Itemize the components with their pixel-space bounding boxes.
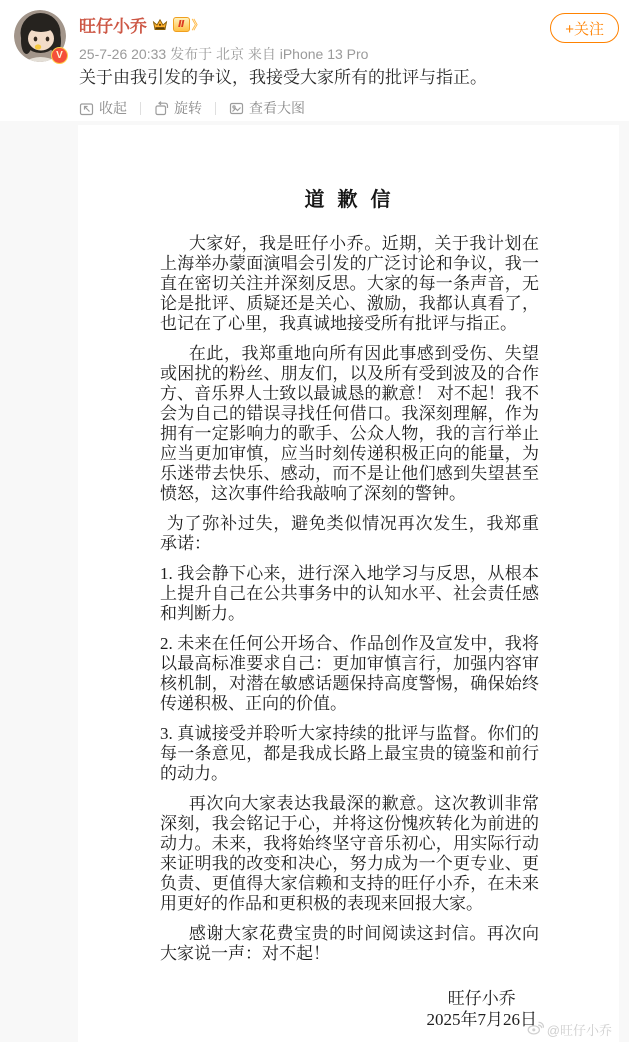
letter-date: 2025年7月26日 (427, 1009, 538, 1030)
vip-level-badge-icon: Ⅱ (173, 17, 190, 32)
toolbar-divider (215, 102, 216, 115)
verified-badge-icon: V (51, 47, 68, 64)
post-text: 关于由我引发的争议，我接受大家所有的批评与指正。 (79, 66, 615, 90)
collapse-button[interactable]: 收起 (79, 98, 127, 118)
toolbar-divider (140, 102, 141, 115)
letter-signature-block: 旺仔小乔 2025年7月26日 (427, 988, 538, 1030)
apology-letter-image[interactable]: 道 歉 信 大家好，我是旺仔小乔。近期，关于我计划在上海举办蒙面演唱会引发的广泛… (78, 125, 619, 1042)
watermark: @旺仔小乔 (527, 1020, 612, 1039)
letter-paragraph: 再次向大家表达我最深的歉意。这次教训非常深刻，我会铭记于心，并将这份愧疚转化为前… (160, 794, 539, 914)
letter-title: 道 歉 信 (160, 183, 539, 212)
vip-badge-chevron-icon: 》 (192, 16, 204, 33)
username-link[interactable]: 旺仔小乔 (79, 12, 147, 37)
view-large-label: 查看大图 (249, 98, 305, 118)
letter-paragraph: 为了弥补过失，避免类似情况再次发生，我郑重承诺： (160, 514, 539, 554)
letter-paragraph: 大家好，我是旺仔小乔。近期，关于我计划在上海举办蒙面演唱会引发的广泛讨论和争议，… (160, 234, 539, 334)
weibo-logo-icon (527, 1021, 544, 1038)
rotate-label: 旋转 (174, 98, 202, 118)
letter-list-item: 3. 真诚接受并聆听大家持续的批评与监督。你们的每一条意见，都是我成长路上最宝贵… (160, 724, 539, 784)
letter-paragraph: 在此，我郑重地向所有因此事感到受伤、失望或困扰的粉丝、朋友们，以及所有受到波及的… (160, 344, 539, 504)
letter-paragraph: 感谢大家花费宝贵的时间阅读这封信。再次向大家说一声：对不起！ (160, 924, 539, 964)
image-viewer: 道 歉 信 大家好，我是旺仔小乔。近期，关于我计划在上海举办蒙面演唱会引发的广泛… (0, 121, 629, 1042)
rotate-button[interactable]: 旋转 (154, 98, 202, 118)
weibo-post-detail: V 旺仔小乔 Ⅱ 》 25-7-26 20:33 发布于 北京 来自 iPhon… (0, 0, 629, 1042)
image-toolbar: 收起 旋转 查看大图 (79, 98, 305, 118)
letter-list-item: 2. 未来在任何公开场合、作品创作及宣发中，我将以最高标准要求自己：更加审慎言行… (160, 634, 539, 714)
post-meta: 25-7-26 20:33 发布于 北京 来自 iPhone 13 Pro (79, 44, 368, 64)
user-block: 旺仔小乔 Ⅱ 》 25-7-26 20:33 发布于 北京 来自 iPhone … (79, 10, 368, 64)
vip-level-number: Ⅱ (178, 19, 185, 30)
vip-crown-icon (152, 18, 168, 32)
letter-list-item: 1. 我会静下心来，进行深入地学习与反思，从根本上提升自己在公共事务中的认知水平… (160, 564, 539, 624)
rotate-icon (154, 101, 169, 116)
view-large-image-icon (229, 101, 244, 116)
letter-signature: 旺仔小乔 (427, 988, 538, 1009)
view-large-button[interactable]: 查看大图 (229, 98, 305, 118)
follow-button[interactable]: +关注 (550, 13, 619, 43)
collapse-icon (79, 101, 94, 116)
post-header: V 旺仔小乔 Ⅱ 》 25-7-26 20:33 发布于 北京 来自 iPhon… (14, 10, 619, 64)
collapse-label: 收起 (99, 98, 127, 118)
avatar[interactable]: V (14, 10, 66, 62)
watermark-text: @旺仔小乔 (547, 1020, 612, 1039)
